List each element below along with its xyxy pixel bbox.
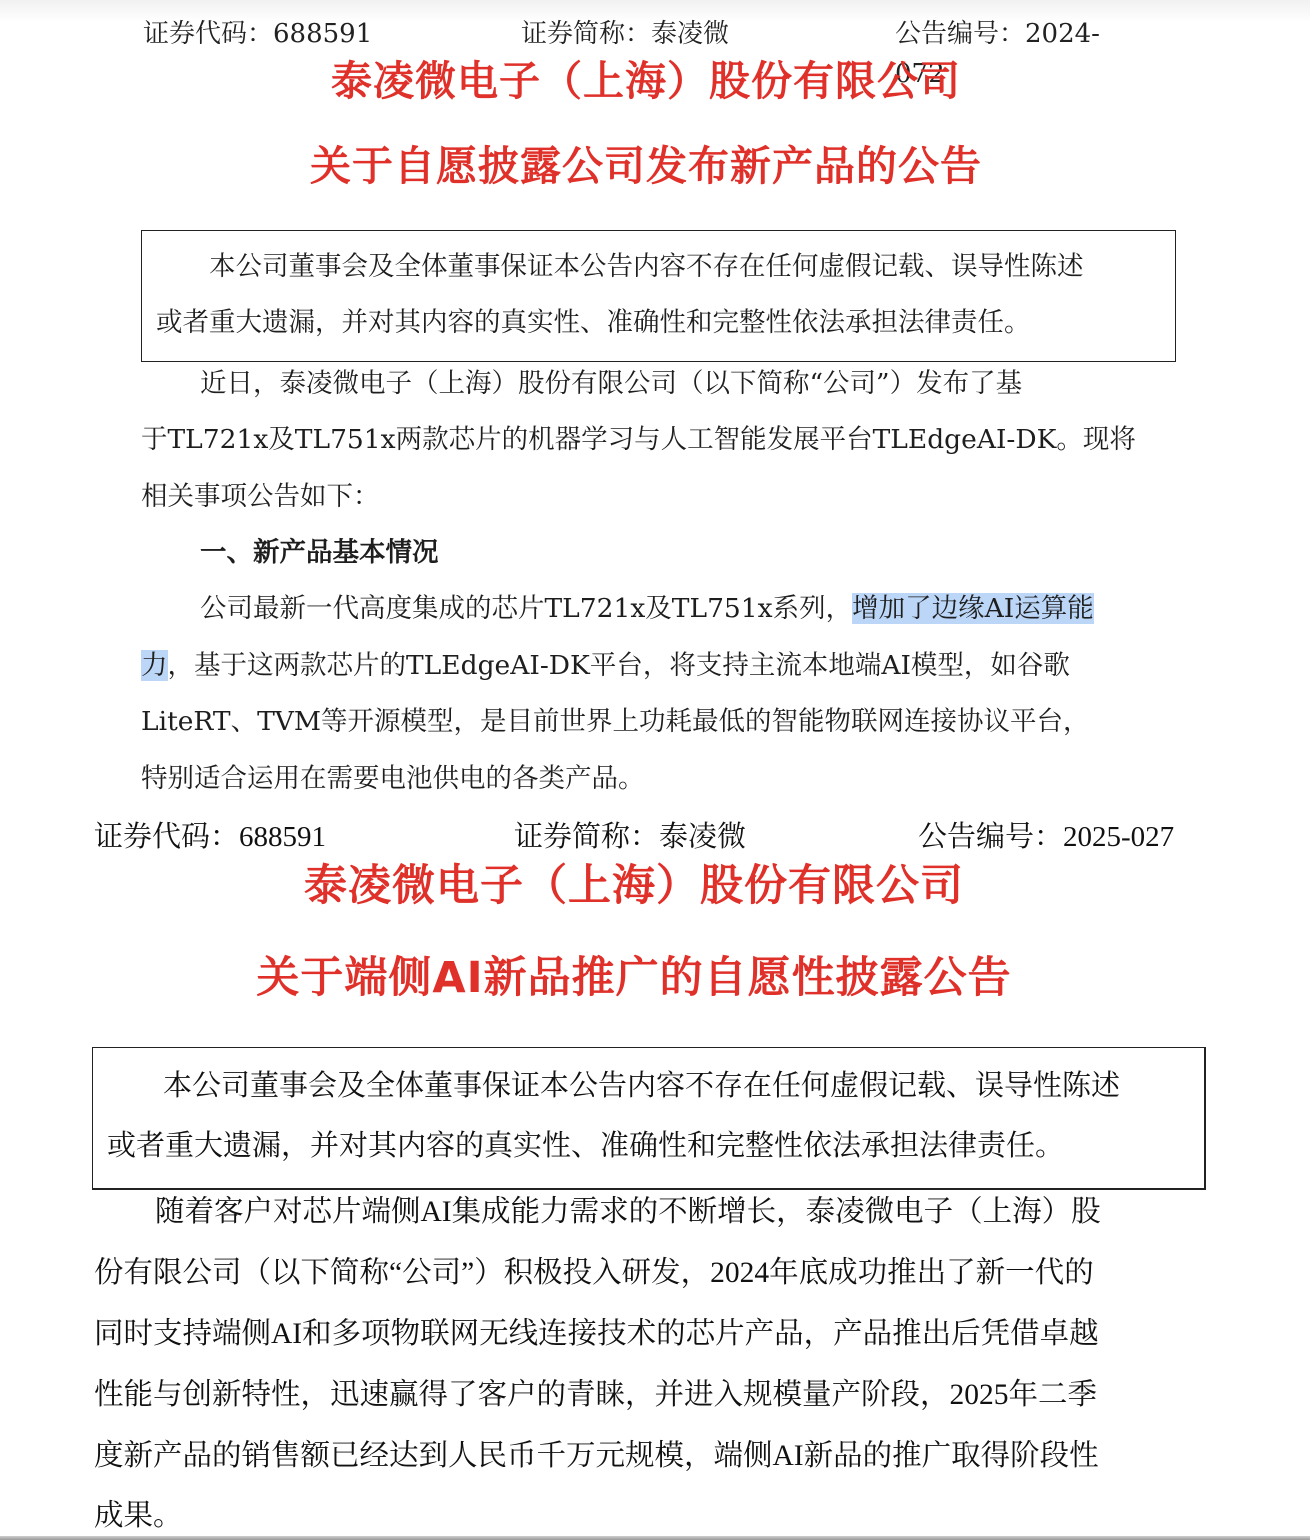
body-line: 成果。	[94, 1486, 183, 1540]
intro-line: 近日，泰凌微电子（上海）股份有限公司（以下简称“公司”）发布了基	[200, 356, 1022, 412]
section-body-line: 特别适合运用在需要电池供电的各类产品。	[141, 751, 645, 807]
disclaimer-line: 或者重大遗漏，并对其内容的真实性、准确性和完整性依法承担法律责任。	[156, 295, 1166, 351]
section-heading: 一、新产品基本情况	[200, 525, 439, 581]
security-abbreviation: 证券简称：泰凌微	[521, 14, 729, 54]
body-line: 份有限公司（以下简称“公司”）积极投入研发，2024年底成功推出了新一代的	[94, 1243, 1094, 1303]
security-code: 证券代码：688591	[94, 816, 326, 858]
company-title: 泰凌微电子（上海）股份有限公司	[0, 52, 1292, 110]
intro-line: 相关事项公告如下：	[141, 469, 380, 525]
section-body-text: 公司最新一代高度集成的芯片TL721x及TL751x系列，	[200, 593, 852, 624]
disclaimer-line: 本公司董事会及全体董事保证本公告内容不存在任何虚假记载、误导性陈述	[156, 239, 1166, 295]
security-abbreviation: 证券简称：泰凌微	[514, 816, 746, 858]
company-title: 泰凌微电子（上海）股份有限公司	[0, 856, 1268, 916]
announcement-meta-row: 证券代码：688591 证券简称：泰凌微 公告编号：2025-027	[94, 816, 1179, 858]
body-line: 性能与创新特性，迅速赢得了客户的青睐，并进入规模量产阶段，2025年二季	[94, 1365, 1097, 1425]
disclaimer-line: 本公司董事会及全体董事保证本公告内容不存在任何虚假记载、误导性陈述	[107, 1056, 1197, 1116]
body-line: 随着客户对芯片端侧AI集成能力需求的不断增长，泰凌微电子（上海）股	[155, 1182, 1101, 1242]
section-body-line: LiteRT、TVM等开源模型，是目前世界上功耗最低的智能物联网连接协议平台，	[141, 694, 1090, 750]
notice-title: 关于自愿披露公司发布新产品的公告	[0, 137, 1292, 195]
section-body-text: ，基于这两款芯片的TLEdgeAI-DK平台，将支持主流本地端AI模型，如谷歌	[168, 650, 1070, 681]
notice-number: 公告编号：2025-027	[918, 816, 1174, 858]
announcement-2024: 证券代码：688591 证券简称：泰凌微 公告编号：2024-072 泰凌微电子…	[0, 0, 1310, 810]
page-bottom-edge	[0, 1536, 1310, 1540]
section-body-line: 公司最新一代高度集成的芯片TL721x及TL751x系列，增加了边缘AI运算能	[200, 581, 1094, 637]
disclaimer-box: 本公司董事会及全体董事保证本公告内容不存在任何虚假记载、误导性陈述 或者重大遗漏…	[92, 1047, 1206, 1190]
announcement-meta-row: 证券代码：688591 证券简称：泰凌微 公告编号：2024-072	[143, 14, 1143, 54]
disclaimer-line: 或者重大遗漏，并对其内容的真实性、准确性和完整性依法承担法律责任。	[107, 1116, 1197, 1176]
body-line: 同时支持端侧AI和多项物联网无线连接技术的芯片产品，产品推出后凭借卓越	[94, 1304, 1099, 1364]
section-body-line: 力，基于这两款芯片的TLEdgeAI-DK平台，将支持主流本地端AI模型，如谷歌	[141, 638, 1070, 694]
selected-text[interactable]: 增加了边缘AI运算能	[852, 593, 1094, 624]
announcement-2025: 证券代码：688591 证券简称：泰凌微 公告编号：2025-027 泰凌微电子…	[0, 810, 1310, 1540]
notice-title: 关于端侧AI新品推广的自愿性披露公告	[0, 948, 1268, 1008]
body-line: 度新产品的销售额已经达到人民币千万元规模，端侧AI新品的推广取得阶段性	[94, 1426, 1099, 1486]
disclaimer-box: 本公司董事会及全体董事保证本公告内容不存在任何虚假记载、误导性陈述 或者重大遗漏…	[141, 230, 1176, 362]
intro-line: 于TL721x及TL751x两款芯片的机器学习与人工智能发展平台TLEdgeAI…	[141, 412, 1136, 468]
security-code: 证券代码：688591	[143, 14, 372, 54]
selected-text[interactable]: 力	[141, 650, 168, 681]
